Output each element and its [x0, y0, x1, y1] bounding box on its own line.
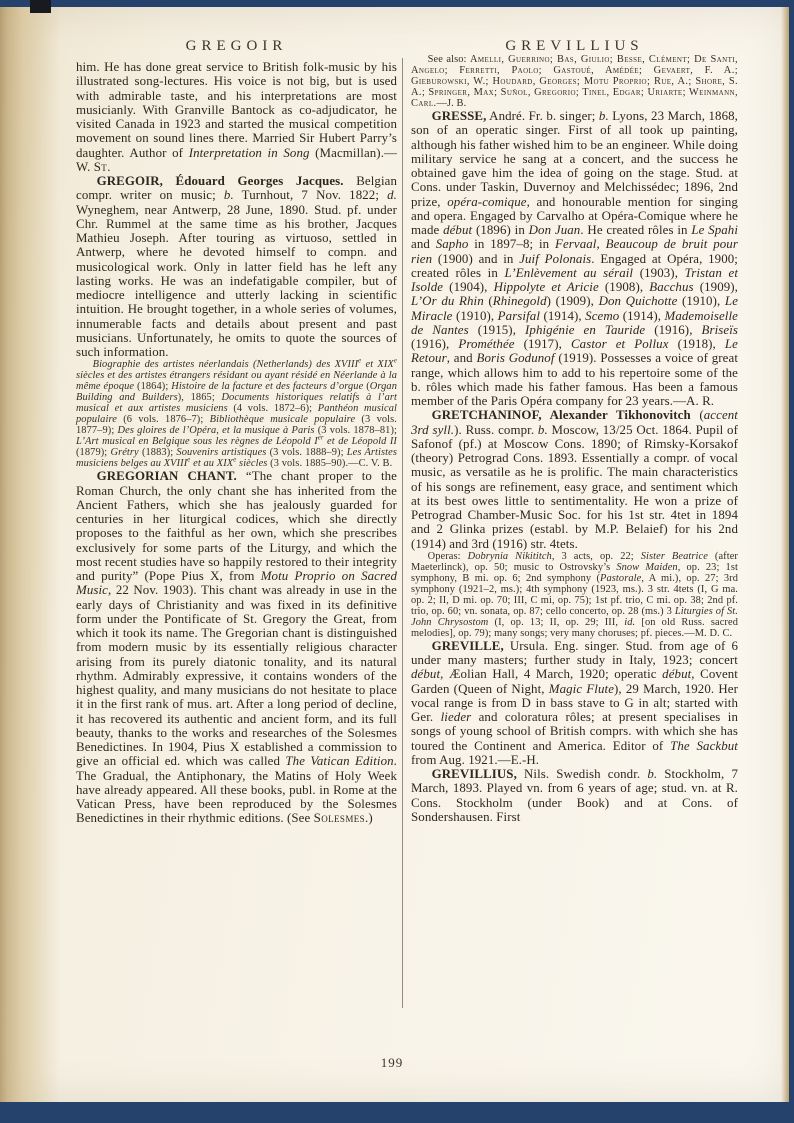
- text-segment: d.: [387, 188, 397, 202]
- gregoir-bibliography: Biographie des artistes néerlandais (Net…: [76, 359, 397, 469]
- scanned-dictionary-page: GREGOIR GREVILLIUS him. He has done grea…: [0, 0, 794, 1123]
- text-segment: Prométhée: [458, 337, 514, 351]
- text-segment: e: [394, 358, 397, 365]
- text-segment: Juif Polonais: [519, 252, 591, 266]
- text-segment: Le Spahi: [691, 223, 738, 237]
- text-segment: lieder: [441, 710, 472, 724]
- text-segment: —J. B.: [437, 98, 467, 109]
- text-segment: Moscow, 13/25 Oct. 1864. Pupil of Safono…: [411, 423, 738, 551]
- text-segment: Scemo: [585, 309, 619, 323]
- text-segment: “The chant proper to the Roman Church, t…: [76, 469, 397, 583]
- entry-gregorian-chant: GREGORIAN CHANT. “The chant proper to th…: [76, 469, 397, 825]
- text-segment: Iphigénie en Tauride: [525, 323, 645, 337]
- text-segment: début: [411, 667, 440, 681]
- gretchaninof-works: Operas: Dobrynia Nikititch, 3 acts, op. …: [411, 551, 738, 639]
- text-segment: (4 vols. 1872–6);: [228, 403, 318, 414]
- text-segment: Sapho: [436, 237, 469, 251]
- text-segment: Solesmes: [314, 811, 365, 825]
- text-segment: (1900) and in: [432, 252, 519, 266]
- text-segment: Don Juan: [529, 223, 581, 237]
- text-segment: Biographie des artistes néerlandais (Net…: [93, 359, 359, 370]
- text-segment: Operas:: [428, 551, 468, 562]
- text-segment: (3 vols. 1885–90).—C. V. B.: [267, 458, 392, 469]
- text-segment: GREVILLE,: [432, 639, 504, 653]
- text-segment: Castor et Pollux: [571, 337, 669, 351]
- entry-greville: GREVILLE, Ursula. Eng. singer. Stud. fro…: [411, 639, 738, 767]
- text-segment: . He created rôles in: [580, 223, 691, 237]
- text-segment: and: [411, 237, 436, 251]
- text-segment: Grétry: [110, 447, 138, 458]
- text-segment: Parsifal: [498, 309, 540, 323]
- text-segment: (1879);: [76, 447, 110, 458]
- text-segment: ), 1865;: [178, 392, 222, 403]
- text-segment: Histoire de la facture et des facteurs d…: [171, 381, 363, 392]
- text-segment: id.: [624, 617, 635, 628]
- text-segment: (1918),: [669, 337, 725, 351]
- column-divider-rule: [402, 58, 403, 1008]
- text-segment: GREGOIR, Édouard Georges Jacques.: [97, 174, 344, 188]
- text-segment: b.: [224, 188, 234, 202]
- text-segment: GRESSE,: [432, 109, 487, 123]
- text-segment: (1914),: [619, 309, 664, 323]
- text-segment: Briseïs: [702, 323, 739, 337]
- text-segment: , Æolian Hall, 4 March, 1920; operatic: [440, 667, 662, 681]
- text-segment: St.: [94, 160, 111, 174]
- text-segment: André. Fr. b. singer;: [486, 109, 599, 123]
- text-segment: (1896) in: [472, 223, 528, 237]
- text-segment: et XIX: [361, 359, 394, 370]
- text-segment: See also:: [428, 54, 470, 65]
- text-segment: The Vatican Edition: [285, 754, 393, 768]
- text-segment: (6 vols. 1876–7);: [117, 414, 210, 425]
- text-segment: (1904),: [443, 280, 493, 294]
- text-segment: et au XIX: [190, 458, 233, 469]
- text-segment: début: [443, 223, 472, 237]
- text-segment: L’Art musical en Belgique sous les règne…: [76, 436, 318, 447]
- text-segment: (I, op. 13; II, op. 29; III,: [488, 617, 624, 628]
- text-segment: ,: [596, 237, 605, 251]
- text-segment: (1914),: [540, 309, 585, 323]
- text-segment: (3 vols. 1878–81);: [315, 425, 397, 436]
- text-segment: (1903),: [633, 266, 685, 280]
- text-segment: Turnhout, 7 Nov. 1822;: [234, 188, 387, 202]
- text-segment: Nils. Swedish condr.: [517, 767, 647, 781]
- text-segment: (1883);: [139, 447, 177, 458]
- text-segment: (1909),: [694, 280, 738, 294]
- text-segment: ) (1909),: [547, 294, 599, 308]
- text-segment: Bacchus: [649, 280, 693, 294]
- text-segment: Bibliothèque musicale populaire: [210, 414, 356, 425]
- text-segment: Wyneghem, near Antwerp, 28 June, 1890. S…: [76, 203, 397, 360]
- text-segment: (1916),: [645, 323, 701, 337]
- text-segment: Hippolyte et Aricie: [494, 280, 599, 294]
- text-segment: (1916),: [411, 337, 458, 351]
- text-segment: The Sackbut: [670, 739, 738, 753]
- text-segment: Des gloires de l’Opéra, et la musique à …: [118, 425, 315, 436]
- right-column: See also: Amelli, Guerrino; Bas, Giulio;…: [411, 54, 738, 824]
- left-column: him. He has done great service to Britis…: [76, 60, 397, 826]
- text-segment: (1908),: [599, 280, 649, 294]
- text-segment: (1864);: [134, 381, 171, 392]
- running-head-left: GREGOIR: [76, 38, 397, 55]
- text-segment: (1910),: [453, 309, 498, 323]
- text-segment: .): [365, 811, 373, 825]
- page-left-edge-shading: [0, 7, 60, 1102]
- text-segment: , 22 Nov. 1903). This chant was already …: [76, 583, 397, 768]
- text-segment: Dobrynia Nikititch: [468, 551, 552, 562]
- entry-grevillius: GREVILLIUS, Nils. Swedish condr. b. Stoc…: [411, 767, 738, 824]
- text-segment: , and: [447, 351, 477, 365]
- text-segment: Boris Godunof: [477, 351, 555, 365]
- text-segment: from Aug. 1921.—E.-H.: [411, 753, 539, 767]
- text-segment: , 3 acts, op. 22;: [552, 551, 641, 562]
- text-segment: Snow Maiden: [616, 562, 677, 573]
- text-segment: opéra-comique: [447, 195, 526, 209]
- text-segment: Magic Flute: [549, 682, 614, 696]
- text-segment: (: [691, 408, 704, 422]
- text-segment: Rhinegold: [493, 294, 547, 308]
- scan-edge-artifact: [30, 0, 51, 13]
- text-segment: Don Quichotte: [599, 294, 678, 308]
- text-segment: début: [662, 667, 691, 681]
- continuation-paragraph: him. He has done great service to Britis…: [76, 60, 397, 174]
- text-segment: (3 vols. 1888–9);: [266, 447, 346, 458]
- entry-gretchaninof: GRETCHANINOF, Alexander Tikhonovitch (ac…: [411, 408, 738, 551]
- running-head-right: GREVILLIUS: [411, 38, 738, 55]
- text-segment: GREVILLIUS,: [432, 767, 517, 781]
- text-segment: (: [484, 294, 493, 308]
- entry-gregoir: GREGOIR, Édouard Georges Jacques. Belgia…: [76, 174, 397, 359]
- text-segment: Fervaal: [555, 237, 597, 251]
- text-segment: Sister Beatrice: [641, 551, 708, 562]
- text-segment: GREGORIAN CHANT.: [97, 469, 237, 483]
- text-segment: (1915),: [469, 323, 525, 337]
- text-segment: Interpretation in Song: [189, 146, 310, 160]
- text-segment: L’Or du Rhin: [411, 294, 484, 308]
- text-segment: et de Léopold II: [324, 436, 397, 447]
- page-right-edge-shading: [781, 7, 789, 1102]
- text-segment: siècles: [236, 458, 267, 469]
- text-segment: b.: [599, 109, 609, 123]
- entry-gresse: GRESSE, André. Fr. b. singer; b. Lyons, …: [411, 109, 738, 408]
- see-also-list: See also: Amelli, Guerrino; Bas, Giulio;…: [411, 54, 738, 109]
- text-segment: in 1897–8; in: [468, 237, 555, 251]
- text-segment: b.: [538, 423, 548, 437]
- text-segment: L’Enlèvement au sérail: [505, 266, 634, 280]
- text-segment: ). Russ. compr.: [454, 423, 538, 437]
- text-segment: Pastorale: [600, 573, 641, 584]
- text-segment: (1917),: [515, 337, 571, 351]
- text-segment: b.: [647, 767, 657, 781]
- page-number: 199: [0, 1055, 784, 1071]
- text-segment: GRETCHANINOF, Alexander Tikhonovitch: [432, 408, 691, 422]
- text-segment: (1910),: [677, 294, 725, 308]
